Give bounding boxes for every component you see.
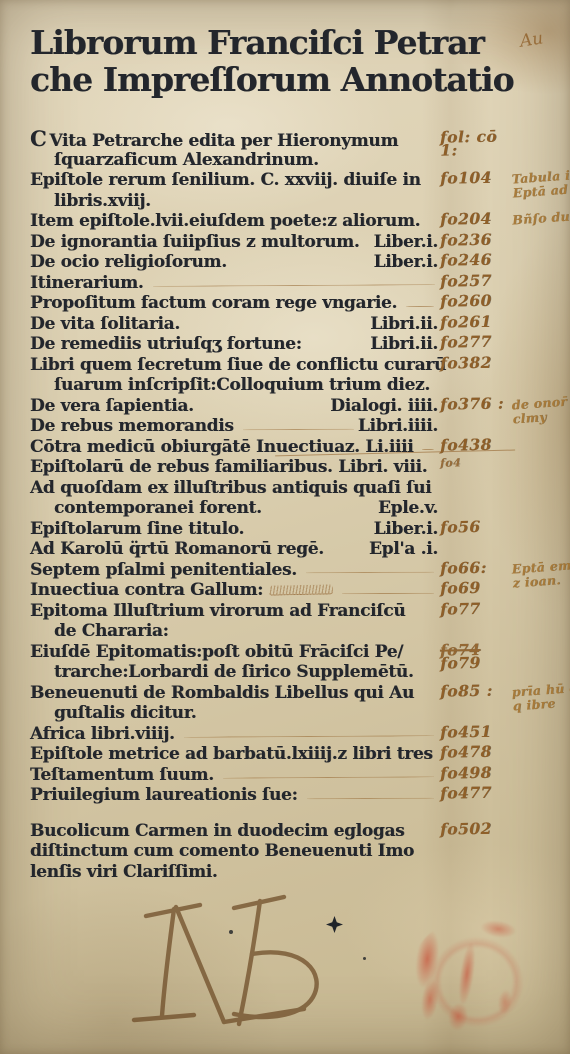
folio-annotation: fo66:	[440, 560, 518, 574]
folio-number: fo277	[440, 332, 492, 352]
entry-row: De rebus memorandis Libri.iiii.	[30, 416, 570, 437]
entry-row: Inuectiua contra Gallum: fo69	[30, 580, 570, 601]
folio-number: fo56	[440, 516, 481, 536]
entry-book-label: Eple.v.	[378, 498, 438, 519]
entry-text: Vita Petrarche edita per Hieronymum	[49, 131, 398, 152]
folio-number: fo477	[440, 783, 492, 803]
incunabulum-page: Librorum Franciſci Petrar che Impreſſoru…	[0, 0, 570, 1054]
entry-main: De ocio religioſorum. Liber.i.	[30, 252, 438, 273]
entry-book-label: Libri.ii.	[370, 334, 438, 355]
hand-drawn-line	[307, 797, 434, 799]
entry-main: Septem pſalmi penitentiales.	[30, 560, 438, 581]
entry-row: Libri quem ſecretum ſiue de conflictu cu…	[30, 355, 570, 376]
folio-number: fo261	[440, 311, 492, 331]
folio-annotation: fo498	[440, 765, 518, 779]
entry-book-label: Libri.ii.	[370, 314, 438, 335]
entry-row: Epiſtolarum ſine titulo. Liber.i. fo56	[30, 519, 570, 540]
folio-annotation: fo502	[440, 821, 518, 835]
entry-row: de Chararia:	[30, 621, 570, 642]
entries-list: C Vita Petrarche edita per Hieronymum fo…	[30, 129, 570, 882]
folio-annotation: fo56	[440, 519, 518, 533]
entry-book-label: Epl'a .i.	[369, 539, 438, 560]
entry-main: Eiuſdē Epitomatis:poſt obitū Frāciſci Pe…	[30, 642, 438, 663]
entry-text: Bucolicum Carmen in duodecim eglogas	[30, 821, 404, 842]
folio-annotation: fo246	[440, 252, 518, 266]
entry-text: Item epiſtole.lvii.eiuſdem poete:z alior…	[30, 211, 420, 232]
entry-row: Septem pſalmi penitentiales. fo66: Eptā …	[30, 560, 570, 581]
entry-row: De ocio religioſorum. Liber.i. fo246	[30, 252, 570, 273]
folio-number: fo104	[440, 168, 492, 188]
entry-row: lenſis viri Clariſſimi.	[30, 862, 570, 883]
entry-row: Epitoma Illuſtrium virorum ad Franciſcū …	[30, 601, 570, 622]
entry-main: Priuilegium laureationis ſue:	[30, 785, 438, 806]
hand-drawn-line	[406, 306, 434, 307]
entry-row: Eiuſdē Epitomatis:poſt obitū Frāciſci Pe…	[30, 642, 570, 663]
entry-row: Ad quoſdam ex illuſtribus antiquis quaſi…	[30, 478, 570, 499]
entry-text: contemporanei forent.	[30, 498, 262, 519]
folio-annotation: fo77	[440, 601, 518, 615]
folio-annotation: fo260	[440, 293, 518, 307]
entry-row: De vera ſapientia. Dialogi. iiii. fo376 …	[30, 396, 570, 417]
entry-text: Inuectiua contra Gallum:	[30, 580, 263, 601]
folio-number: fo382	[440, 352, 492, 372]
entry-text: ſquarzaficum Alexandrinum.	[30, 150, 319, 171]
entry-main: Africa libri.viiij.	[30, 724, 438, 745]
entry-main: De ignorantia ſuiipſius z multorum. Libe…	[30, 232, 438, 253]
folio-number: fo478	[440, 742, 492, 762]
entry-main: Epiſtole metrice ad barbatū.lxiiij.z lib…	[30, 744, 438, 765]
folio-annotation: fo236	[440, 232, 518, 246]
folio-number: fo260	[440, 291, 492, 311]
entry-book-label: Dialogi. iiii.	[330, 396, 438, 417]
folio-number: fo498	[440, 762, 492, 782]
entry-book-label: Liber.i.	[374, 519, 438, 540]
entry-main: Itinerarium.	[30, 273, 438, 294]
entry-row: Cōtra medicū obiurgātē Inuectiuaz. Li.ii…	[30, 437, 570, 458]
entry-row: Epiſtole rerum ſenilium. C. xxviij. diui…	[30, 170, 570, 191]
entry-text: De vera ſapientia.	[30, 396, 194, 417]
entry-main: Bucolicum Carmen in duodecim eglogas	[30, 821, 438, 842]
entry-row: trarche:Lorbardi de ſirico Supplemētū.	[30, 662, 570, 683]
entry-row: guſtalis dicitur.	[30, 703, 570, 724]
entry-main: ſquarzaficum Alexandrinum.	[30, 150, 438, 171]
entry-text: Epiſtole metrice ad barbatū.lxiiij.z lib…	[30, 744, 433, 765]
entry-main: de Chararia:	[30, 621, 438, 642]
entry-main: contemporanei forent. Eple.v.	[30, 498, 438, 519]
folio-number: fo77	[440, 598, 481, 618]
hand-drawn-line	[184, 735, 434, 738]
hand-drawn-line	[243, 428, 354, 430]
title-line-2: che Impreſſorum Annotatio	[30, 61, 500, 98]
entry-text: Epitoma Illuſtrium virorum ad Franciſcū	[30, 601, 405, 622]
entry-text: de Chararia:	[30, 621, 169, 642]
folio-number: fo204	[440, 209, 492, 229]
folio-annotation: fo376 :	[440, 396, 518, 410]
entry-text: Itinerarium.	[30, 273, 144, 294]
entry-row: ſuarum inſcripſit:Colloquium trium diez.	[30, 375, 570, 396]
folio-annotation: fo257	[440, 273, 518, 287]
folio-annotation: fo85 :	[440, 683, 518, 697]
entry-book-label: Liber.i.	[374, 232, 438, 253]
entry-text: Beneuenuti de Rombaldis Libellus qui Au	[30, 683, 414, 704]
entry-text: De ocio religioſorum.	[30, 252, 227, 273]
folio-annotation: fo438	[440, 437, 518, 451]
ink-scribble	[269, 585, 333, 596]
entry-text: Propoſitum factum coram rege vngarie.	[30, 293, 397, 314]
hand-drawn-line	[152, 284, 434, 287]
entry-main: Epitoma Illuſtrium virorum ad Franciſcū	[30, 601, 438, 622]
hand-drawn-line	[223, 777, 434, 779]
entry-row: Item epiſtole.lvii.eiuſdem poete:z alior…	[30, 211, 570, 232]
entry-text: Epiſtolarū de rebus familiaribus. Libri.…	[30, 457, 427, 478]
entry-main: De vita ſolitaria. Libri.ii.	[30, 314, 438, 335]
title-line-1: Librorum Franciſci Petrar	[30, 24, 500, 61]
entry-text: De vita ſolitaria.	[30, 314, 180, 335]
folio-number: fo257	[440, 270, 492, 290]
entry-text: diſtinctum cum comento Beneuenuti Imo	[30, 841, 414, 862]
entry-main: Ad quoſdam ex illuſtribus antiquis quaſi…	[30, 478, 438, 499]
entry-row: Bucolicum Carmen in duodecim eglogas fo5…	[30, 821, 570, 842]
entry-main: Epiſtole rerum ſenilium. C. xxviij. diui…	[30, 170, 438, 191]
entry-main: Libri quem ſecretum ſiue de conflictu cu…	[30, 355, 438, 376]
entry-text: De remediis utriuſqʒ fortune:	[30, 334, 302, 355]
ink-speck	[363, 957, 366, 960]
entry-text: Africa libri.viiij.	[30, 724, 175, 745]
struck-folio-number: fo74	[440, 639, 481, 659]
entry-row: De remediis utriuſqʒ fortune: Libri.ii. …	[30, 334, 570, 355]
page-title: Librorum Franciſci Petrar che Impreſſoru…	[30, 24, 500, 98]
folio-number: fo236	[440, 229, 492, 249]
folio-annotation: fo277	[440, 334, 518, 348]
entry-main: De remediis utriuſqʒ fortune: Libri.ii.	[30, 334, 438, 355]
entry-main: Teſtamentum ſuum.	[30, 765, 438, 786]
entry-main: C Vita Petrarche edita per Hieronymum	[30, 129, 438, 152]
entry-main: diſtinctum cum comento Beneuenuti Imo	[30, 841, 438, 862]
folio-annotation: fo204	[440, 211, 518, 225]
entry-row: Ad Karolū q̈rtū Romanorū regē. Epl'a .i.	[30, 539, 570, 560]
entry-main: Inuectiua contra Gallum:	[30, 580, 438, 601]
entry-main: ſuarum inſcripſit:Colloquium trium diez.	[30, 375, 438, 396]
library-stamp	[399, 907, 554, 1054]
entry-text: Eiuſdē Epitomatis:poſt obitū Frāciſci Pe…	[30, 642, 403, 663]
entry-row: C Vita Petrarche edita per Hieronymum fo…	[30, 129, 570, 150]
hand-drawn-line	[422, 449, 434, 450]
entry-main: Beneuenuti de Rombaldis Libellus qui Au	[30, 683, 438, 704]
entry-main: lenſis viri Clariſſimi.	[30, 862, 438, 883]
folio-number: fo438	[440, 434, 492, 454]
entry-row: Propoſitum factum coram rege vngarie. fo…	[30, 293, 570, 314]
entry-row: Epiſtolarū de rebus familiaribus. Libri.…	[30, 457, 570, 478]
entry-text: Epiſtole rerum ſenilium. C. xxviij. diui…	[30, 170, 421, 191]
entry-text: guſtalis dicitur.	[30, 703, 196, 724]
folio-number: fo69	[440, 578, 481, 598]
entry-row: contemporanei forent. Eple.v.	[30, 498, 570, 519]
entry-text: lenſis viri Clariſſimi.	[30, 862, 218, 883]
entry-row: Priuilegium laureationis ſue: fo477	[30, 785, 570, 806]
paragraph-mark: C	[30, 129, 46, 150]
entry-text: trarche:Lorbardi de ſirico Supplemētū.	[30, 662, 414, 683]
entry-text: ſuarum inſcripſit:Colloquium trium diez.	[30, 375, 430, 396]
entry-text: Ad quoſdam ex illuſtribus antiquis quaſi…	[30, 478, 431, 499]
folio-number: fo246	[440, 250, 492, 270]
entry-text: Septem pſalmi penitentiales.	[30, 560, 297, 581]
entry-book-label: Liber.i.	[374, 252, 438, 273]
entry-main: Ad Karolū q̈rtū Romanorū regē. Epl'a .i.	[30, 539, 438, 560]
folio-annotation: fo382	[440, 355, 518, 369]
hand-drawn-line	[306, 572, 434, 574]
ink-speck	[229, 930, 233, 934]
folio-number: fo66:	[440, 557, 487, 577]
folio-number: fo4	[440, 456, 461, 469]
entry-text: Priuilegium laureationis ſue:	[30, 785, 298, 806]
folio-annotation: fo4	[440, 455, 518, 469]
entry-main: trarche:Lorbardi de ſirico Supplemētū.	[30, 662, 438, 683]
entry-main: De vera ſapientia. Dialogi. iiii.	[30, 396, 438, 417]
entry-text: De rebus memorandis	[30, 416, 234, 437]
folio-number: fo502	[440, 818, 492, 838]
entry-main: libris.xviij.	[30, 191, 438, 212]
entry-row: Epiſtole metrice ad barbatū.lxiiij.z lib…	[30, 744, 570, 765]
entry-book-label: Libri.iiii.	[358, 416, 438, 437]
folio-annotation: fo261	[440, 314, 518, 328]
entry-main: guſtalis dicitur.	[30, 703, 438, 724]
entry-main: De rebus memorandis Libri.iiii.	[30, 416, 438, 437]
entry-main: Item epiſtole.lvii.eiuſdem poete:z alior…	[30, 211, 438, 232]
folio-annotation: fo104	[440, 170, 518, 184]
folio-number: fo451	[440, 721, 492, 741]
cross-pattee-icon	[326, 916, 343, 933]
folio-annotation: fo478	[440, 744, 518, 758]
mb-monogram	[118, 892, 348, 1040]
entry-main: Epiſtolarum ſine titulo. Liber.i.	[30, 519, 438, 540]
entry-text: libris.xviij.	[30, 191, 151, 212]
folio-annotation: fo69	[440, 580, 518, 594]
corner-handwritten-mark: Au	[519, 28, 545, 51]
hand-drawn-line	[342, 592, 434, 594]
folio-annotation: fo477	[440, 785, 518, 799]
entry-row: Beneuenuti de Rombaldis Libellus qui Au …	[30, 683, 570, 704]
folio-number: fo85 :	[440, 680, 493, 700]
entry-text: Epiſtolarum ſine titulo.	[30, 519, 244, 540]
entry-text: Ad Karolū q̈rtū Romanorū regē.	[30, 539, 324, 560]
folio-number: fo376 :	[440, 393, 504, 413]
folio-annotation: fo451	[440, 724, 518, 738]
entry-main: Propoſitum factum coram rege vngarie.	[30, 293, 438, 314]
entry-main: Cōtra medicū obiurgātē Inuectiuaz. Li.ii…	[30, 437, 438, 458]
entry-text: Teſtamentum ſuum.	[30, 765, 214, 786]
entry-text: De ignorantia ſuiipſius z multorum.	[30, 232, 359, 253]
entry-row: diſtinctum cum comento Beneuenuti Imo	[30, 841, 570, 862]
entry-text: Libri quem ſecretum ſiue de conflictu cu…	[30, 355, 446, 376]
entry-main: Epiſtolarū de rebus familiaribus. Libri.…	[30, 457, 438, 478]
